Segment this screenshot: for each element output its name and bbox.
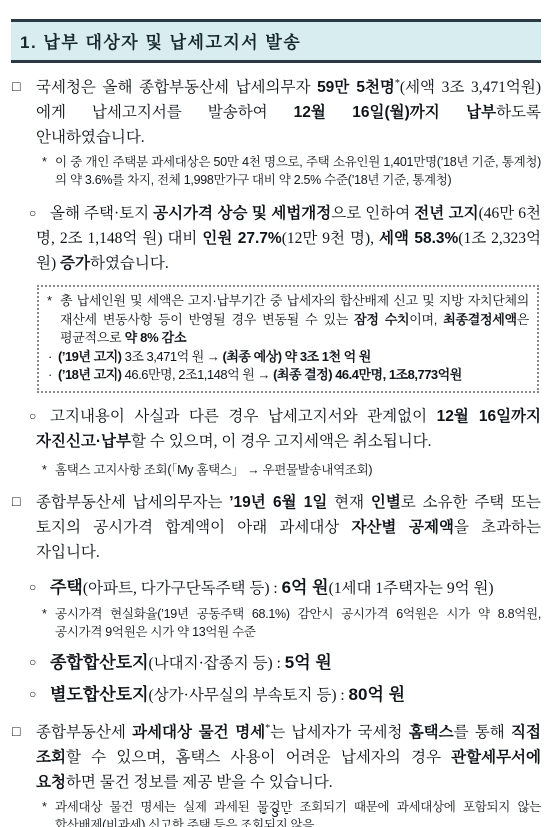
- square-bullet: □: [12, 490, 20, 515]
- section-heading: 1. 납부 대상자 및 납세고지서 발송: [11, 19, 541, 63]
- dot-bullet: ·: [48, 366, 52, 385]
- para-housing-threshold: ○ 주택(아파트, 다가구단독주택 등) : 6억 원(1세대 1주택자는 9억…: [11, 575, 541, 601]
- text-run-bold: 12월 16일(월)까지 납부: [294, 104, 496, 121]
- text-run-bold: (최종 결정): [273, 367, 332, 382]
- text-run: 고지내용이 사실과 다른 경우 납세고지서와 관계없이: [50, 408, 437, 425]
- text-run-bold: 세액 58.3%: [379, 230, 458, 247]
- text-run: (아파트, 다가구단독주택 등) :: [83, 580, 282, 597]
- circle-bullet: ○: [29, 650, 36, 675]
- page-number: - 3 -: [0, 805, 551, 820]
- text-run-bold: 증가: [60, 255, 90, 272]
- text-run-bold: 인원 27.7%: [202, 230, 281, 247]
- section-heading-text: 1. 납부 대상자 및 납세고지서 발송: [20, 33, 301, 52]
- text-run-bold: 46.4만명, 1조8,773억원: [332, 367, 462, 382]
- note-main-text: * 총 납세인원 및 세액은 고지·납부기간 중 납세자의 합산배제 신고 및 …: [47, 292, 529, 348]
- dot-bullet: ·: [48, 348, 52, 367]
- text-run-bold: (최종 예상): [223, 349, 282, 364]
- text-run: 하였습니다.: [90, 255, 169, 272]
- text-run: 으로 인하여: [331, 205, 414, 222]
- footnote-text: 공시가격 현실화율(’19년 공동주택 68.1%) 감안시 공시가격 6억원은…: [55, 607, 541, 639]
- text-run-bold: 자산별 공제액: [351, 519, 453, 536]
- text-run: 할 수 있으며, 이 경우 고지세액은 취소됩니다.: [131, 433, 432, 450]
- threshold-amount: 80억 원: [349, 685, 405, 704]
- text-run: (12만 9천 명),: [282, 230, 379, 247]
- para-self-report: ○ 고지내용이 사실과 다른 경우 납세고지서와 관계없이 12월 16일까지 …: [11, 404, 541, 454]
- text-run: 46.6만명, 2조1,148억 원 →: [122, 367, 274, 382]
- text-run-bold: 59만 5천명: [317, 79, 395, 96]
- footnote-hometax-inquiry: * 홈택스 고지사항 조회(「My 홈택스」 → 우편물발송내역조회): [42, 462, 541, 480]
- text-run-bold: (’19년 고지): [58, 349, 122, 364]
- text-run-bold: 약 3조 1천 억 원: [282, 349, 371, 364]
- footnote-market-price: * 공시가격 현실화율(’19년 공동주택 68.1%) 감안시 공시가격 6억…: [42, 606, 541, 641]
- text-run-bold: ’19년 6월 1일: [229, 494, 327, 511]
- text-run-bold: 약 8% 감소: [125, 330, 187, 345]
- para-notice-dispatch: □ 국세청은 올해 종합부동산세 납세의무자 59만 5천명*(세액 3조 3,…: [11, 75, 541, 150]
- footnote-marker: *: [42, 462, 47, 480]
- text-run: 이며,: [409, 312, 443, 327]
- footnote-marker: *: [42, 606, 47, 624]
- text-run: (1세대 1주택자는 9억 원): [329, 580, 494, 597]
- text-run: 올해 주택·토지: [50, 205, 153, 222]
- asset-term: 주택: [50, 578, 83, 597]
- circle-bullet: ○: [29, 404, 36, 429]
- para-aggregate-land-threshold: ○ 종합합산토지(나대지·잡종지 등) : 5억 원: [11, 650, 541, 676]
- text-run-bold: 공시가격 상승 및 세법개정: [153, 205, 331, 222]
- asset-term: 종합합산토지: [50, 653, 149, 672]
- text-run-bold: 홈택스: [409, 724, 454, 741]
- circle-bullet: ○: [29, 682, 36, 707]
- text-run-bold: 인별: [371, 494, 401, 511]
- note-item-2019: · (’19년 고지) 3조 3,471억 원 → (최종 예상) 약 3조 1…: [47, 348, 529, 367]
- text-run: 할 수 있으며, 홈택스 사용이 어려운 납세자의 경우: [66, 749, 451, 766]
- para-increase-vs-last-year: ○ 올해 주택·토지 공시가격 상승 및 세법개정으로 인하여 전년 고지(46…: [11, 201, 541, 276]
- text-run-bold: (’18년 고지): [58, 367, 122, 382]
- text-run: 는 납세자가 국세청: [270, 724, 409, 741]
- note-item-2018: · (’18년 고지) 46.6만명, 2조1,148억 원 → (최종 결정)…: [47, 366, 529, 385]
- footnote-text: 이 중 개인 주택분 과세대상은 50만 4천 명으로, 주택 소유인원 1,4…: [55, 155, 541, 187]
- provisional-figures-note-box: * 총 납세인원 및 세액은 고지·납부기간 중 납세자의 합산배제 신고 및 …: [37, 285, 539, 393]
- document-page: 1. 납부 대상자 및 납세고지서 발송 □ 국세청은 올해 종합부동산세 납세…: [0, 0, 551, 827]
- threshold-amount: 5억 원: [285, 653, 332, 672]
- circle-bullet: ○: [29, 575, 36, 600]
- para-property-detail-inquiry: □ 종합부동산세 과세대상 물건 명세*는 납세자가 국세청 홈택스를 통해 직…: [11, 720, 541, 795]
- text-run-bold: 전년 고지: [414, 205, 478, 222]
- text-run: 하면 물건 정보를 제공 받을 수 있습니다.: [66, 774, 333, 791]
- para-taxpayer-definition: □ 종합부동산세 납세의무자는 ’19년 6월 1일 현재 인별로 소유한 주택…: [11, 490, 541, 565]
- footnote-marker: *: [42, 154, 47, 172]
- text-run: (상가·사무실의 부속토지 등) :: [149, 687, 349, 704]
- text-run-bold: 잠정 수치: [354, 312, 409, 327]
- square-bullet: □: [12, 75, 20, 100]
- footnote-individual-housing: * 이 중 개인 주택분 과세대상은 50만 4천 명으로, 주택 소유인원 1…: [42, 154, 541, 189]
- footnote-marker: *: [47, 292, 52, 311]
- text-run: 현재: [327, 494, 371, 511]
- text-run: 를 통해: [454, 724, 511, 741]
- text-run: 3조 3,471억 원 →: [122, 349, 223, 364]
- para-separate-land-threshold: ○ 별도합산토지(상가·사무실의 부속토지 등) : 80억 원: [11, 682, 541, 708]
- circle-bullet: ○: [29, 201, 36, 226]
- square-bullet: □: [12, 720, 20, 745]
- text-run: 국세청은 올해 종합부동산세 납세의무자: [36, 79, 317, 96]
- text-run-bold: 과세대상 물건 명세: [132, 724, 265, 741]
- asset-term: 별도합산토지: [50, 685, 149, 704]
- text-run: (나대지·잡종지 등) :: [149, 655, 285, 672]
- footnote-text: 홈택스 고지사항 조회(「My 홈택스」 → 우편물발송내역조회): [55, 463, 372, 477]
- threshold-amount: 6억 원: [282, 578, 329, 597]
- text-run: 종합부동산세 납세의무자는: [36, 494, 229, 511]
- text-run: 종합부동산세: [36, 724, 132, 741]
- text-run-bold: 최종결정세액: [443, 312, 517, 327]
